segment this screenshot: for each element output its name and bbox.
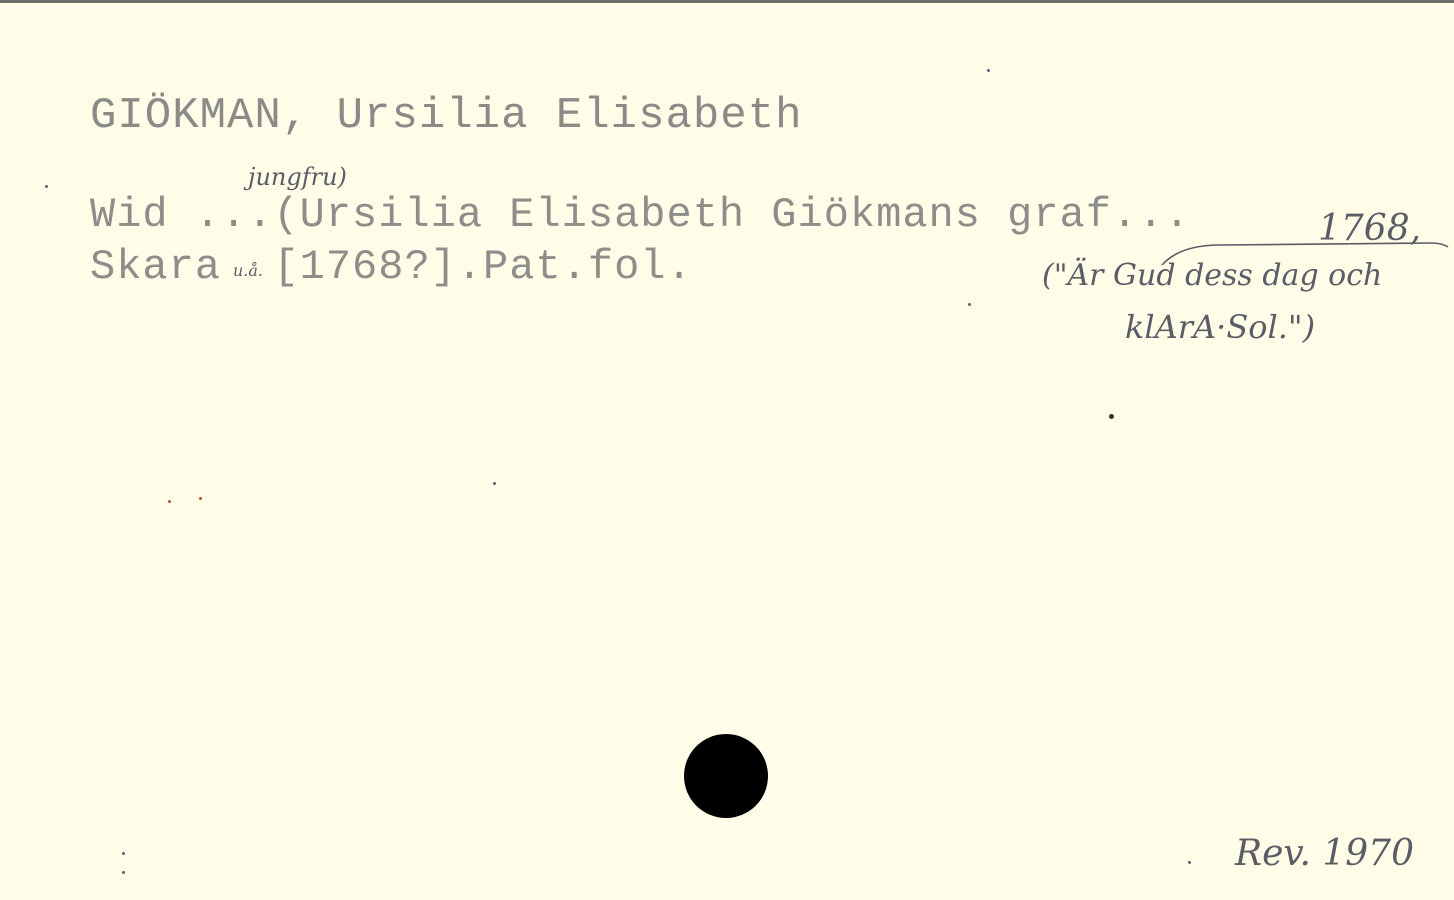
paper-speck bbox=[199, 497, 202, 500]
punch-hole bbox=[684, 734, 768, 818]
paper-speck bbox=[987, 69, 990, 72]
paper-speck bbox=[45, 185, 48, 188]
typed-line-1: Wid ...(Ursilia Elisabeth Giökmans graf.… bbox=[90, 191, 1191, 239]
handwritten-insertion-jungfru: jungfru) bbox=[248, 163, 347, 191]
card-heading: GIÖKMAN, Ursilia Elisabeth bbox=[90, 91, 803, 141]
index-card: GIÖKMAN, Ursilia Elisabeth jungfru) Wid … bbox=[0, 0, 1454, 900]
handwritten-place-annotation: u.å. bbox=[233, 261, 263, 280]
paper-speck bbox=[122, 852, 125, 855]
paper-speck bbox=[493, 482, 496, 485]
typed-line-2: Skara [1768?].Pat.fol. bbox=[90, 243, 693, 291]
handwritten-revision-note: Rev. 1970 bbox=[1235, 833, 1414, 874]
paper-speck bbox=[1188, 861, 1191, 864]
handwritten-quote-line-1: ("Är Gud dess dag och bbox=[1042, 258, 1382, 293]
paper-speck bbox=[168, 500, 171, 503]
paper-speck bbox=[122, 871, 125, 874]
handwritten-quote-line-2: klArA·Sol.") bbox=[1125, 308, 1315, 346]
paper-speck bbox=[1109, 414, 1114, 419]
paper-speck bbox=[968, 303, 971, 306]
